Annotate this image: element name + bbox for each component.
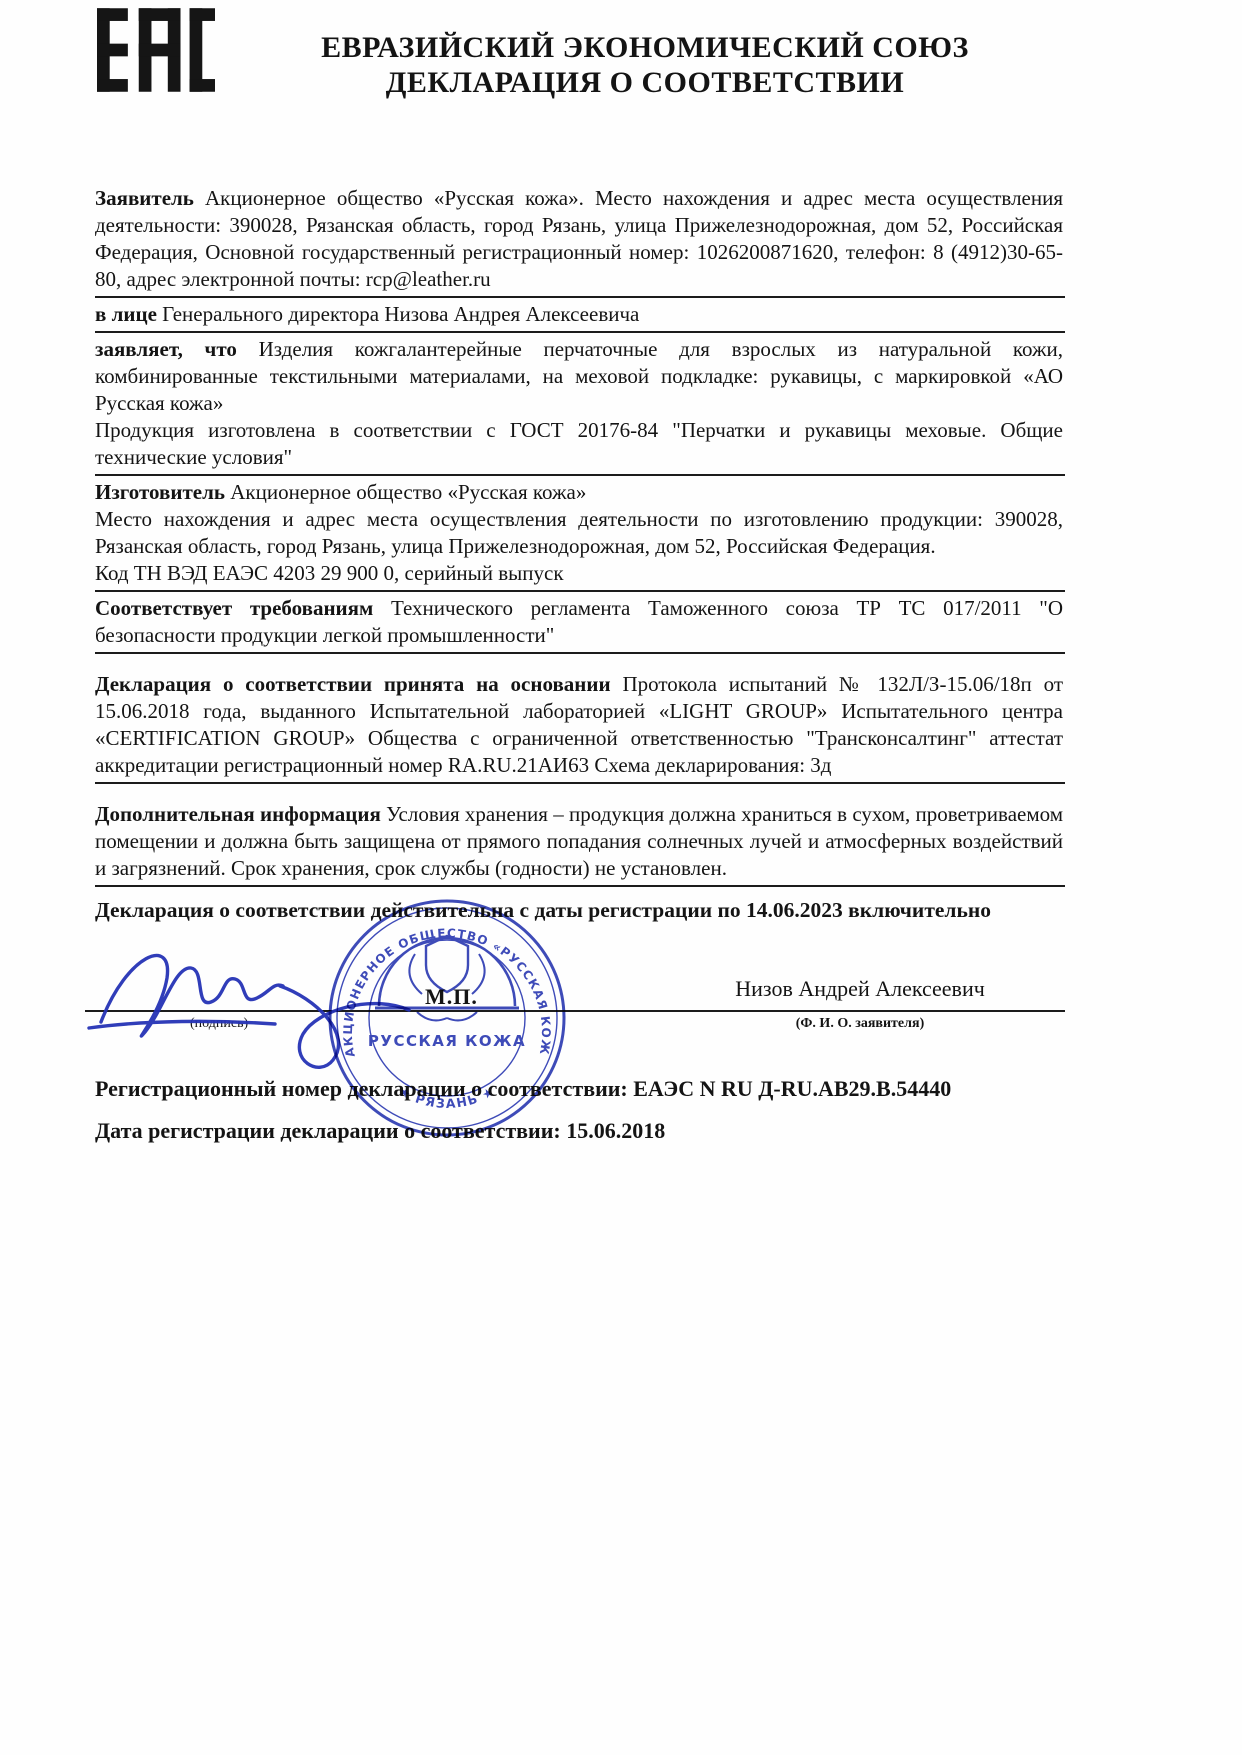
signature-block: М.П. Низов Андрей Алексеевич (подпись) (… <box>95 946 1065 1064</box>
registration-date-line: Дата регистрации декларации о соответств… <box>95 1118 1065 1144</box>
declares-text: Изделия кожгалантерейные перчаточные для… <box>95 337 1063 415</box>
section-declares: заявляет, что Изделия кожгалантерейные п… <box>95 333 1065 476</box>
applicant-text: Акционерное общество «Русская кожа». Мес… <box>95 186 1063 291</box>
section-applicant: Заявитель Акционерное общество «Русская … <box>95 182 1065 298</box>
manufacturer-text: Акционерное общество «Русская кожа» <box>230 480 586 504</box>
document-header: ЕВРАЗИЙСКИЙ ЭКОНОМИЧЕСКИЙ СОЮЗ ДЕКЛАРАЦИ… <box>95 0 1065 140</box>
validity-statement: Декларация о соответствии действительна … <box>95 896 1065 924</box>
name-caption: (Ф. И. О. заявителя) <box>705 1016 1015 1032</box>
manufacturer-address: Место нахождения и адрес места осуществл… <box>95 507 1063 558</box>
in-person-label: в лице <box>95 302 157 326</box>
seal-company-name: РУССКАЯ КОЖА <box>368 1032 526 1050</box>
title-declaration: ДЕКЛАРАЦИЯ О СООТВЕТСТВИИ <box>225 65 1065 100</box>
complies-label: Соответствует требованиям <box>95 596 373 620</box>
section-in-person: в лице Генерального директора Низова Анд… <box>95 298 1065 333</box>
applicant-label: Заявитель <box>95 186 194 210</box>
section-basis: Декларация о соответствии принята на осн… <box>95 668 1065 784</box>
manufacturer-label: Изготовитель <box>95 480 225 504</box>
basis-label: Декларация о соответствии принята на осн… <box>95 672 611 696</box>
signature-caption: (подпись) <box>190 1016 248 1032</box>
declaration-document: ЕВРАЗИЙСКИЙ ЭКОНОМИЧЕСКИЙ СОЮЗ ДЕКЛАРАЦИ… <box>0 0 1242 1755</box>
section-complies: Соответствует требованиям Технического р… <box>95 592 1065 654</box>
in-person-text: Генерального директора Низова Андрея Але… <box>162 302 639 326</box>
company-seal: АКЦИОНЕРНОЕ ОБЩЕСТВО «РУССКАЯ КОЖА» ОГРН… <box>325 896 569 1140</box>
tnved-code: Код ТН ВЭД ЕАЭС 4203 29 900 0, серийный … <box>95 561 564 585</box>
gost-text: Продукция изготовлена в соответствии с Г… <box>95 418 1063 469</box>
additional-label: Дополнительная информация <box>95 802 381 826</box>
applicant-full-name: Низов Андрей Алексеевич <box>705 976 1015 1002</box>
declares-label: заявляет, что <box>95 337 237 361</box>
signature-line <box>85 1010 1065 1012</box>
section-additional-info: Дополнительная информация Условия хранен… <box>95 798 1065 887</box>
title-union: ЕВРАЗИЙСКИЙ ЭКОНОМИЧЕСКИЙ СОЮЗ <box>225 30 1065 65</box>
registration-number-line: Регистрационный номер декларации о соотв… <box>95 1076 1065 1102</box>
stamp-place-mark: М.П. <box>425 984 478 1010</box>
eac-logo-icon <box>97 4 215 96</box>
section-manufacturer: Изготовитель Акционерное общество «Русск… <box>95 476 1065 592</box>
document-title: ЕВРАЗИЙСКИЙ ЭКОНОМИЧЕСКИЙ СОЮЗ ДЕКЛАРАЦИ… <box>225 30 1065 100</box>
